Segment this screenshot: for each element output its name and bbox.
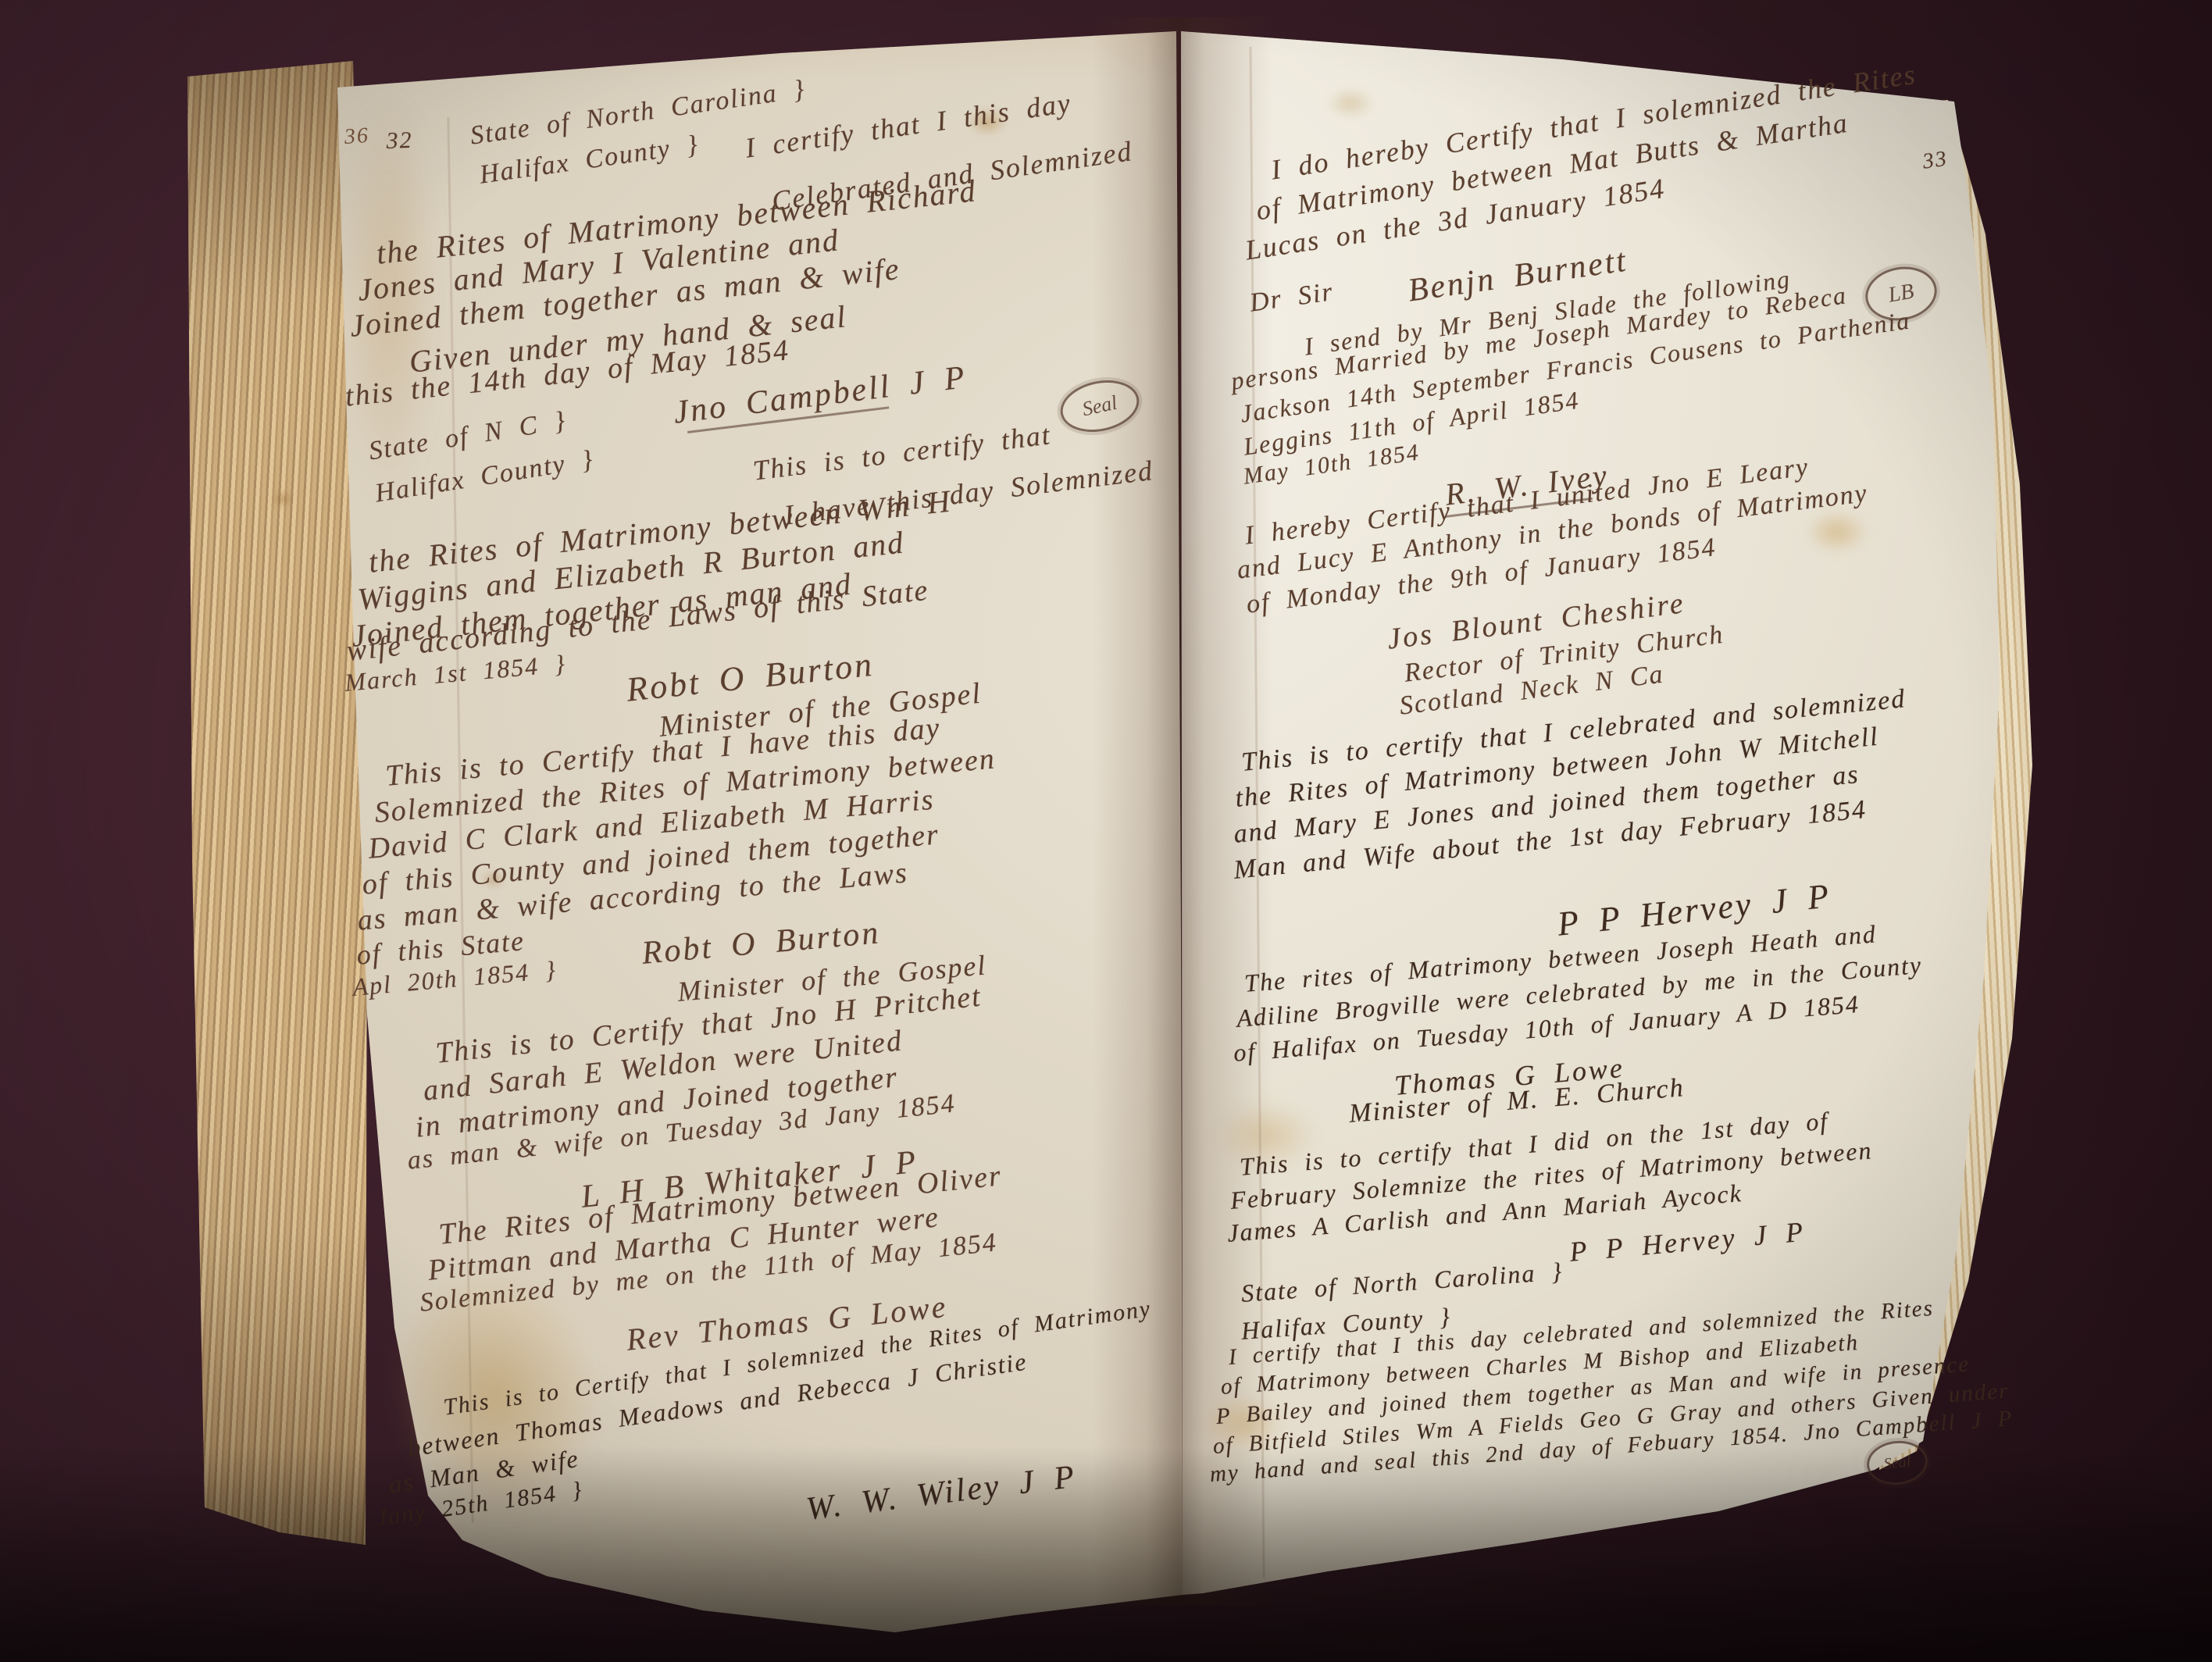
gutter-shadow xyxy=(1092,17,1273,1606)
photo-open-record-book: 36 32 33 State of North Carolina } Halif… xyxy=(0,0,2212,1662)
page-number-left: 32 xyxy=(386,129,413,153)
page-number-right: 33 xyxy=(1921,148,1950,173)
page-number-under: 36 xyxy=(344,125,370,148)
